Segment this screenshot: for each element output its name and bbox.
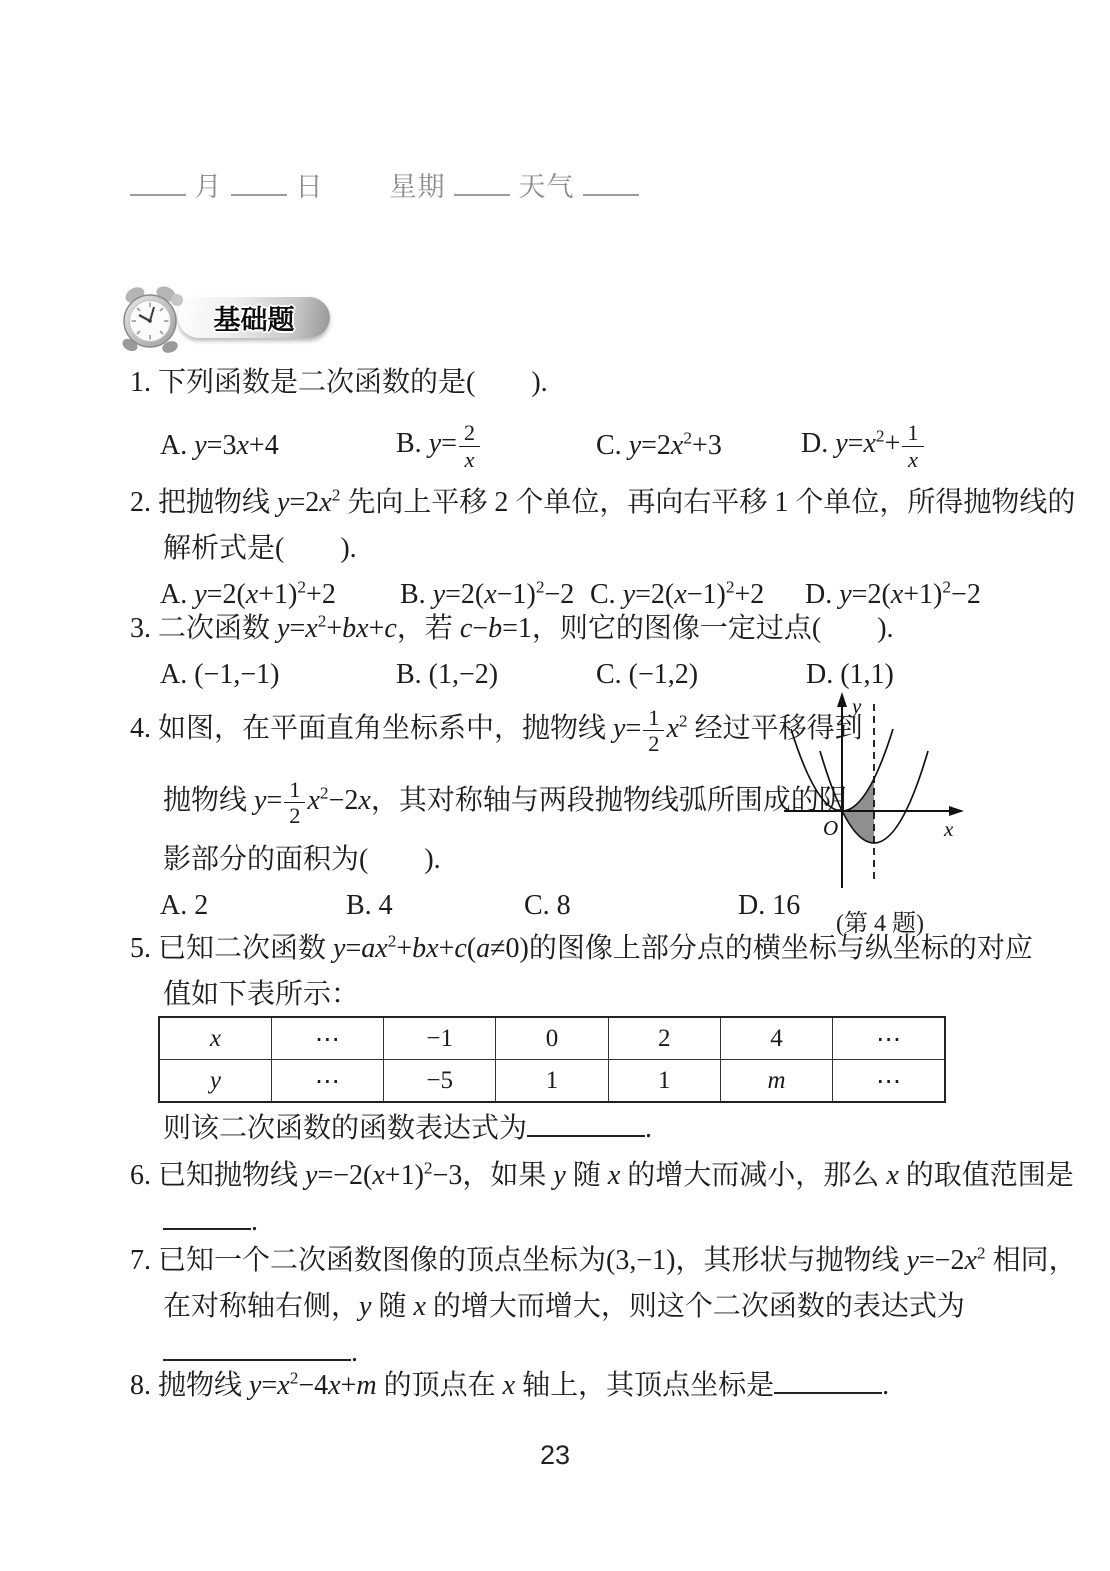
blank-answer-line	[454, 167, 510, 196]
q4-parabola-graph: y x O	[780, 686, 980, 896]
y-axis-arrow	[837, 692, 847, 707]
question-4: 4. 如图，在平面直角坐标系中，抛物线 y=12x2 经过平移得到 抛物线 y=…	[130, 693, 863, 929]
table-row-x: x ⋯ −1 0 2 4 ⋯	[159, 1017, 945, 1060]
table-cell: ⋯	[271, 1017, 383, 1060]
question-4-options: A. 2 B. 4 C. 8 D. 16	[130, 883, 863, 929]
option-b: B. (1,−2)	[396, 652, 596, 698]
table-cell: y	[159, 1060, 271, 1103]
table-cell: 2	[608, 1017, 720, 1060]
question-5-text-line-2: 值如下表所示：	[130, 972, 1033, 1018]
question-4-figure: y x O (第 4 题)	[780, 686, 980, 938]
table-cell: 1	[608, 1060, 720, 1103]
question-4-text-line-3: 影部分的面积为( ).	[130, 837, 863, 883]
question-5-conclusion: 则该二次函数的函数表达式为.	[130, 1106, 652, 1152]
option-a: A. (−1,−1)	[160, 652, 396, 698]
question-3-text: 3. 二次函数 y=x2+bx+c，若 c−b=1，则它的图像一定过点( ).	[130, 606, 894, 652]
question-7: 7. 已知一个二次函数图像的顶点坐标为(3,−1)，其形状与抛物线 y=−2x2…	[130, 1238, 1077, 1376]
question-8: 8. 抛物线 y=x2−4x+m 的顶点在 x 轴上，其顶点坐标是.	[130, 1363, 889, 1409]
question-4-text-line-1: 4. 如图，在平面直角坐标系中，抛物线 y=12x2 经过平移得到	[130, 693, 863, 765]
origin-label: O	[823, 816, 838, 840]
question-7-text-line-1: 7. 已知一个二次函数图像的顶点坐标为(3,−1)，其形状与抛物线 y=−2x2…	[130, 1238, 1077, 1284]
fraction: 12	[643, 705, 664, 756]
x-axis-label: x	[943, 817, 954, 841]
question-1-options: A. y=3x+4 B. y=2x C. y=2x2+3 D. y=x2+1x	[130, 406, 926, 486]
option-a: A. y=3x+4	[160, 423, 396, 469]
blank-answer-line	[583, 167, 639, 196]
question-5-text-line-1: 5. 已知二次函数 y=ax2+bx+c(a≠0)的图像上部分点的横坐标与纵坐标…	[130, 926, 1033, 972]
option-c: C. 8	[524, 883, 738, 929]
question-6: 6. 已知抛物线 y=−2(x+1)2−3，如果 y 随 x 的增大而减小，那么…	[130, 1153, 1074, 1245]
x-axis-arrow	[949, 806, 964, 816]
option-d: D. y=x2+1x	[801, 420, 926, 471]
table-cell: ⋯	[271, 1060, 383, 1103]
section-badge: 基础题	[118, 284, 330, 354]
badge-label: 基础题	[214, 298, 295, 337]
question-4-text-line-2: 抛物线 y=12x2−2x，其对称轴与两段抛物线弧所围成的阴	[130, 765, 863, 837]
question-8-text: 8. 抛物线 y=x2−4x+m 的顶点在 x 轴上，其顶点坐标是.	[130, 1363, 889, 1409]
fraction: 1x	[902, 420, 923, 471]
question-2-text-line-1: 2. 把抛物线 y=2x2 先向上平移 2 个单位，再向右平移 1 个单位，所得…	[130, 480, 1075, 526]
q5-values-table: x ⋯ −1 0 2 4 ⋯ y ⋯ −5 1 1 m ⋯	[158, 1016, 946, 1103]
question-7-text-line-2: 在对称轴右侧，y 随 x 的增大而增大，则这个二次函数的表达式为	[130, 1284, 1077, 1330]
table-cell: x	[159, 1017, 271, 1060]
blank-answer-line	[163, 1331, 351, 1361]
badge-pill: 基础题	[178, 296, 330, 338]
blank-answer-line	[130, 167, 186, 196]
table-row-y: y ⋯ −5 1 1 m ⋯	[159, 1060, 945, 1103]
table-cell: ⋯	[833, 1060, 945, 1103]
question-2-text-line-2: 解析式是( ).	[130, 526, 1075, 572]
date-header: 月 日星期 天气	[130, 165, 639, 204]
question-5: 5. 已知二次函数 y=ax2+bx+c(a≠0)的图像上部分点的横坐标与纵坐标…	[130, 926, 1033, 1018]
page-number: 23	[0, 1440, 1110, 1471]
table-cell: 0	[496, 1017, 608, 1060]
option-b: B. y=2x	[396, 420, 596, 471]
blank-answer-line	[163, 1200, 251, 1230]
fraction: 2x	[459, 420, 480, 471]
question-2: 2. 把抛物线 y=2x2 先向上平移 2 个单位，再向右平移 1 个单位，所得…	[130, 480, 1075, 618]
question-1-text: 1. 下列函数是二次函数的是( ).	[130, 360, 926, 406]
worksheet-page: 月 日星期 天气	[0, 0, 1110, 1571]
fraction: 12	[284, 777, 305, 828]
question-1: 1. 下列函数是二次函数的是( ). A. y=3x+4 B. y=2x C. …	[130, 360, 926, 486]
option-c: C. y=2x2+3	[596, 423, 801, 469]
option-c: C. (−1,2)	[596, 652, 806, 698]
option-b: B. 4	[346, 883, 524, 929]
table-cell: m	[720, 1060, 832, 1103]
blank-answer-line	[527, 1107, 645, 1137]
table-cell: −1	[384, 1017, 496, 1060]
table-cell: 4	[720, 1017, 832, 1060]
blank-answer-line	[774, 1364, 882, 1394]
table-cell: −5	[384, 1060, 496, 1103]
blank-answer-line	[231, 167, 287, 196]
y-axis-label: y	[850, 694, 862, 718]
question-6-text-line-1: 6. 已知抛物线 y=−2(x+1)2−3，如果 y 随 x 的增大而减小，那么…	[130, 1153, 1074, 1199]
question-3: 3. 二次函数 y=x2+bx+c，若 c−b=1，则它的图像一定过点( ). …	[130, 606, 894, 698]
question-5-answer-line: 则该二次函数的函数表达式为.	[130, 1106, 652, 1152]
option-a: A. 2	[160, 883, 346, 929]
table-cell: 1	[496, 1060, 608, 1103]
alarm-clock-icon	[118, 284, 184, 354]
table-cell: ⋯	[833, 1017, 945, 1060]
